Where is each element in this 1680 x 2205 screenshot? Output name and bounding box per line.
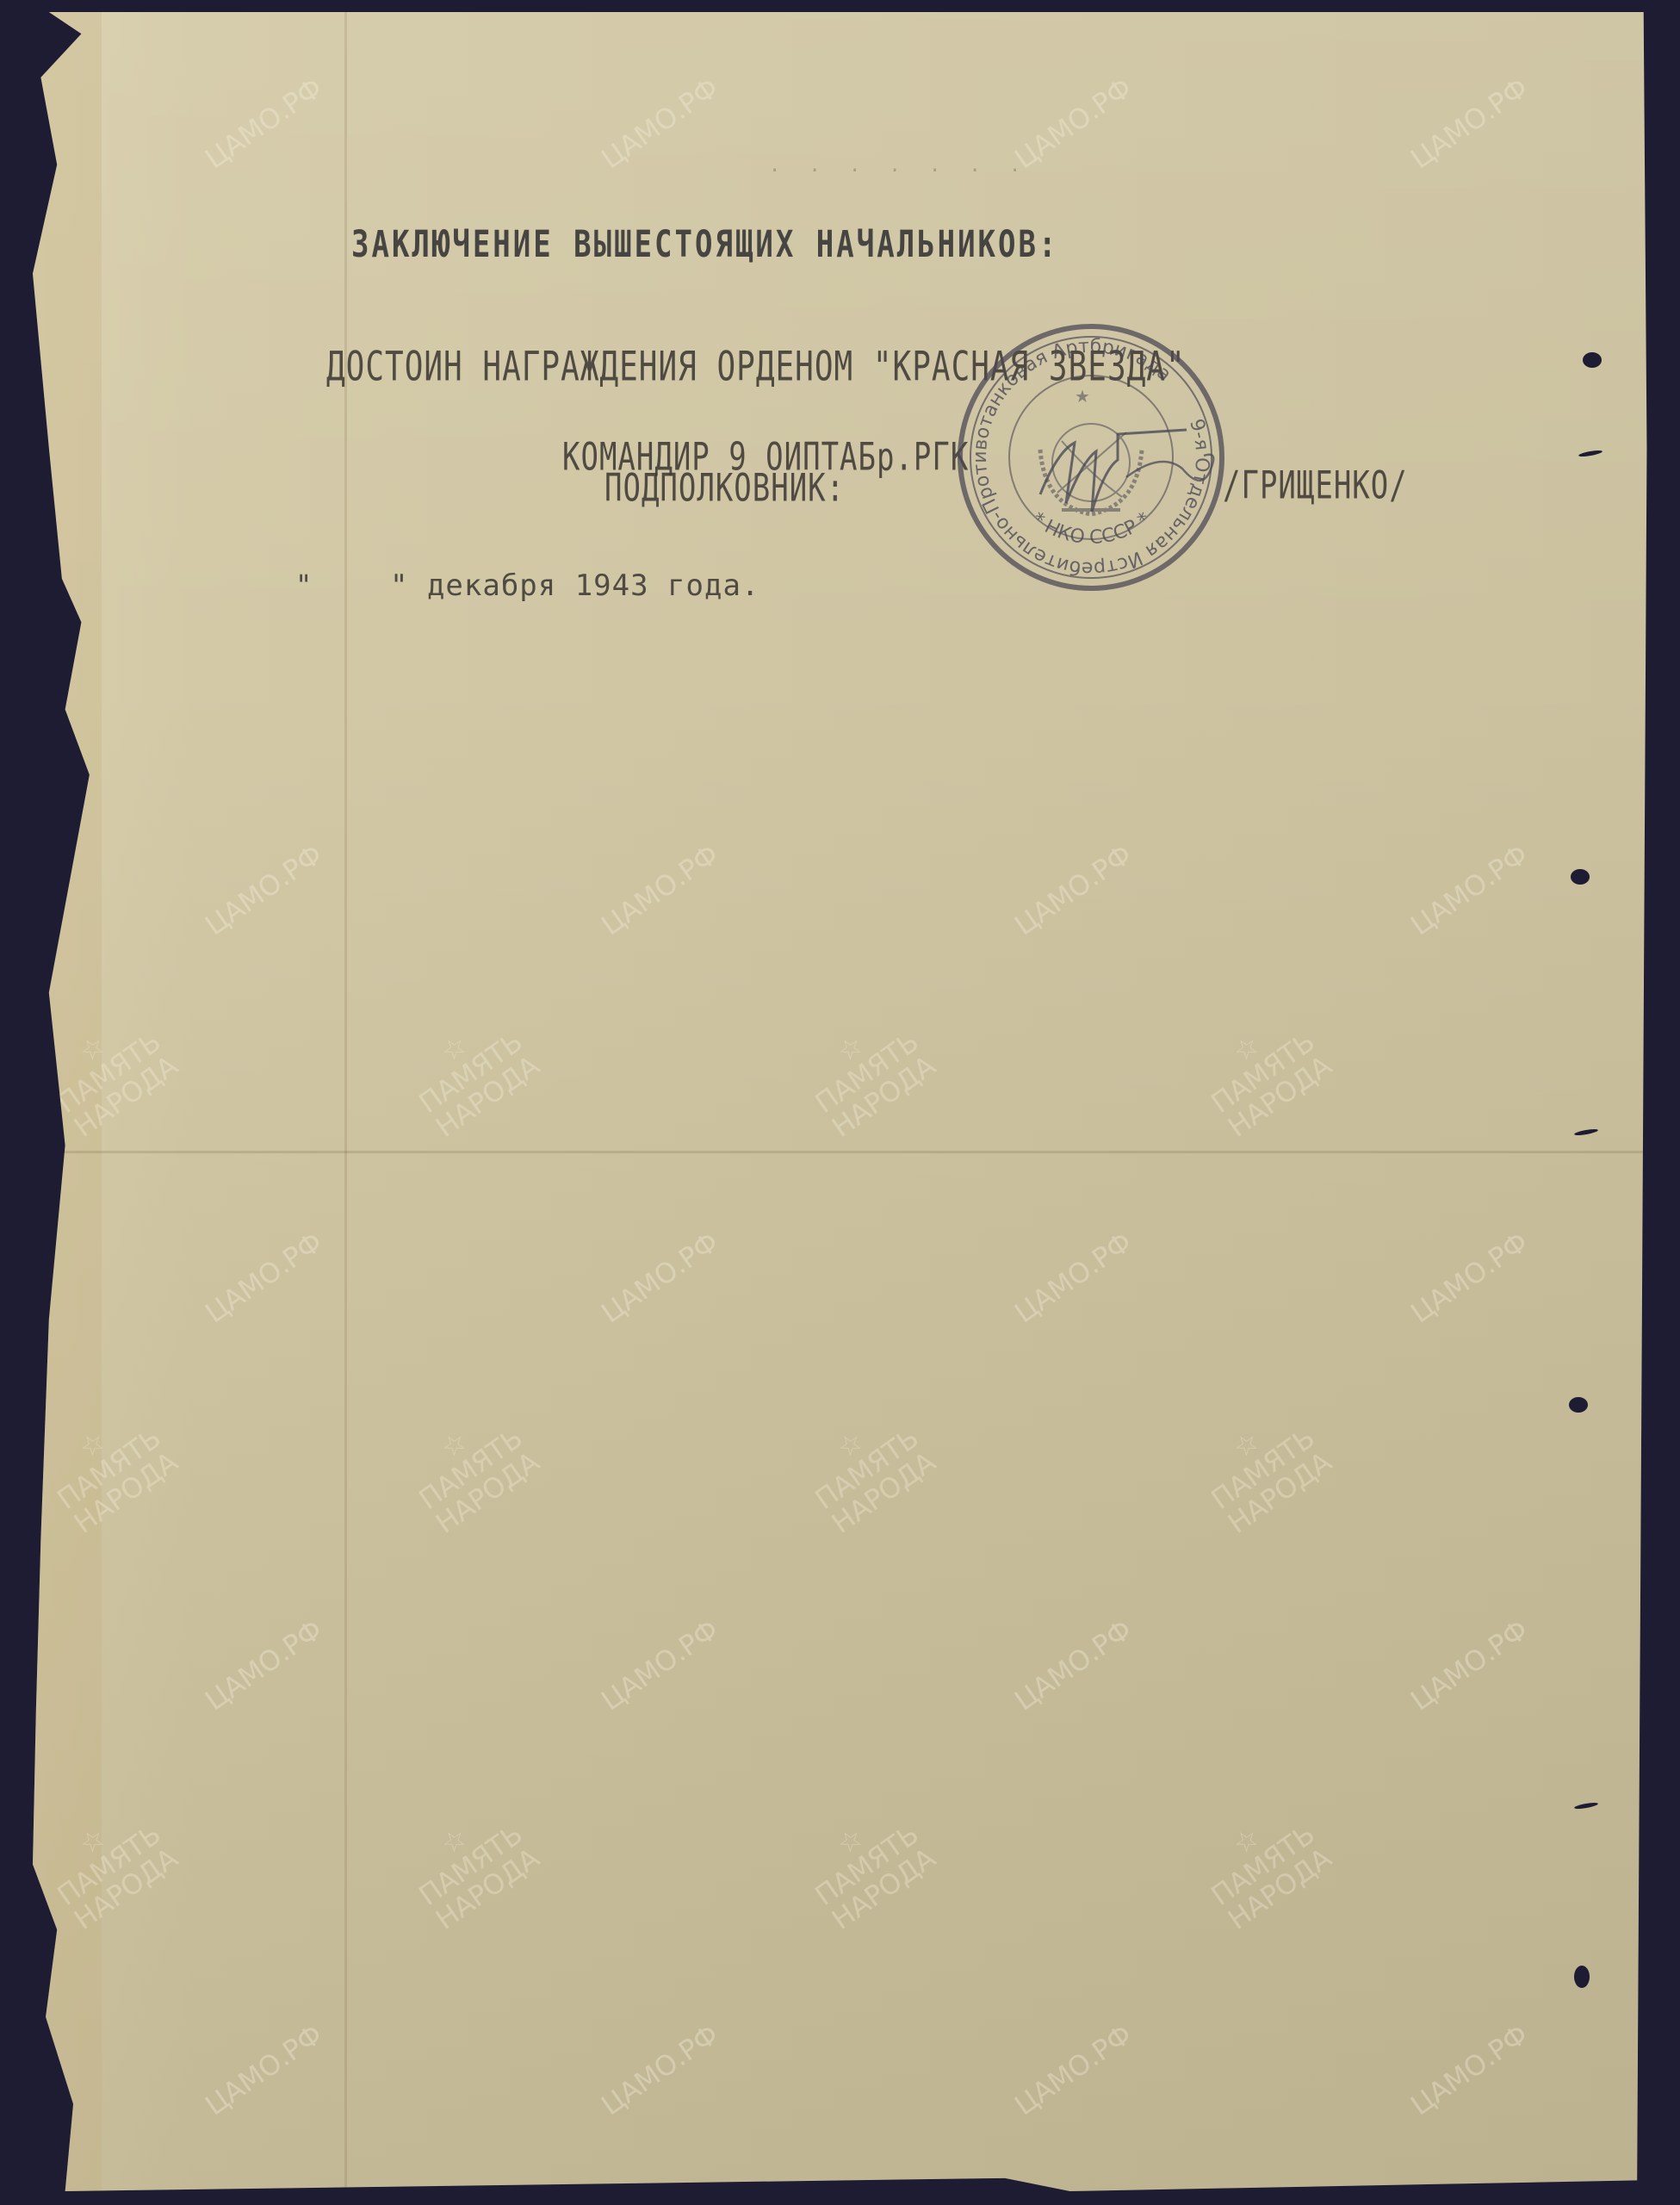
date-open-quote: " (295, 568, 313, 601)
horizontal-fold-line (33, 1151, 1653, 1153)
punch-hole (1583, 352, 1602, 368)
watermark-project: ☆ ПАМЯТЬ НАРОДА (397, 1795, 544, 1935)
watermark-archive: ЦАМО.РФ (1404, 2018, 1534, 2122)
paper-edge-strip (33, 12, 102, 2191)
star-icon: ☆ (793, 1399, 907, 1491)
watermark-archive: ЦАМО.РФ (595, 838, 724, 942)
date-line: " декабря 1943 года. (390, 568, 759, 603)
watermark-project: ☆ ПАМЯТЬ НАРОДА (1189, 1399, 1336, 1538)
punch-hole (1571, 869, 1590, 885)
star-icon: ☆ (1189, 1795, 1303, 1887)
watermark-archive: ЦАМО.РФ (199, 71, 328, 176)
star-icon: ☆ (1189, 1003, 1303, 1095)
watermark-project: ☆ ПАМЯТЬ НАРОДА (397, 1399, 544, 1538)
punch-hole (1574, 1966, 1590, 1988)
handwritten-signature (1032, 417, 1221, 520)
star-icon: ☆ (793, 1003, 907, 1095)
watermark-archive: ЦАМО.РФ (1404, 1226, 1534, 1330)
watermark-archive: ЦАМО.РФ (199, 838, 328, 942)
signer-name: /ГРИЩЕНКО/ (1223, 463, 1408, 508)
watermark-archive: ЦАМО.РФ (595, 1613, 724, 1717)
paper-tear (1574, 1128, 1598, 1137)
star-icon: ☆ (397, 1003, 511, 1095)
star-icon: ☆ (1189, 1399, 1303, 1491)
watermark-archive: ЦАМО.РФ (1008, 838, 1138, 942)
watermark-archive: ЦАМО.РФ (1404, 838, 1534, 942)
watermark-archive: ЦАМО.РФ (1008, 1613, 1138, 1717)
vertical-fold-line (344, 12, 347, 2191)
watermark-archive: ЦАМО.РФ (1008, 1226, 1138, 1330)
punch-hole (1569, 1397, 1588, 1413)
watermark-project: ☆ ПАМЯТЬ НАРОДА (793, 1003, 940, 1142)
paper-tear (1578, 450, 1603, 458)
watermark-archive: ЦАМО.РФ (199, 1226, 328, 1330)
watermark-project: ☆ ПАМЯТЬ НАРОДА (1189, 1003, 1336, 1142)
star-icon: ☆ (397, 1399, 511, 1491)
watermark-project: ☆ ПАМЯТЬ НАРОДА (793, 1399, 940, 1538)
star-icon: ☆ (793, 1795, 907, 1887)
watermark-archive: ЦАМО.РФ (199, 1613, 328, 1717)
watermark-archive: ЦАМО.РФ (199, 2018, 328, 2122)
section-title: ЗАКЛЮЧЕНИЕ ВЫШЕСТОЯЩИХ НАЧАЛЬНИКОВ: (351, 223, 1058, 266)
watermark-archive: ЦАМО.РФ (595, 71, 724, 176)
watermark-archive: ЦАМО.РФ (595, 1226, 724, 1330)
watermark-project: ☆ ПАМЯТЬ НАРОДА (1189, 1795, 1336, 1935)
signer-rank: ПОДПОЛКОВНИК: (604, 466, 845, 511)
faint-header-text: · · · · · · · (769, 160, 1029, 182)
document-page: ЦАМО.РФ ЦАМО.РФ ЦАМО.РФ ЦАМО.РФ ЦАМО.РФ … (33, 12, 1653, 2191)
watermark-archive: ЦАМО.РФ (595, 2018, 724, 2122)
svg-text:★: ★ (1075, 388, 1090, 407)
watermark-project: ☆ ПАМЯТЬ НАРОДА (397, 1003, 544, 1142)
watermark-archive: ЦАМО.РФ (1008, 2018, 1138, 2122)
paper-tear (1574, 1802, 1598, 1811)
star-icon: ☆ (397, 1795, 511, 1887)
watermark-archive: ЦАМО.РФ (1404, 1613, 1534, 1717)
watermark-archive: ЦАМО.РФ (1404, 71, 1534, 176)
watermark-project: ☆ ПАМЯТЬ НАРОДА (793, 1795, 940, 1935)
